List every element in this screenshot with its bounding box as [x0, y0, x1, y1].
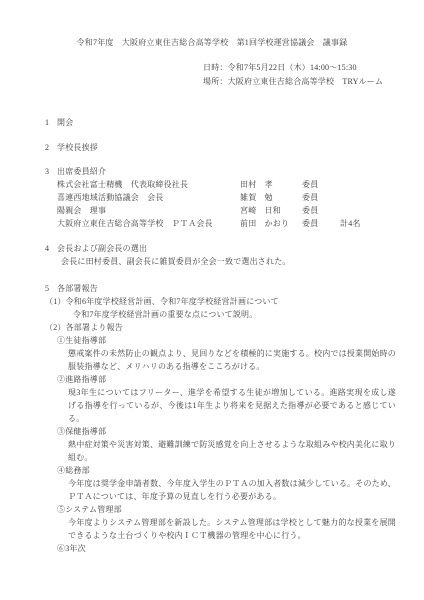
member-title: 委員	[302, 191, 340, 204]
member-note	[340, 178, 396, 191]
document-body: 1 開会 2 学校長挨拶 3 出席委員紹介 株式会社富士精機 代表取締役社長 田…	[45, 116, 396, 555]
agenda-item-principal-greeting: 2 学校長挨拶	[45, 141, 396, 154]
department-body: 今年度は奨学金申請者数、今年度入学生のＰＴＡの加入者数は減少している。そのため、…	[68, 477, 396, 503]
agenda-number: 4	[45, 242, 57, 255]
department-body: 今年度よりシステム管理部を新設した。システム管理部は学校として魅力的な授業を展開…	[68, 516, 396, 542]
department-report-general-affairs: ④総務部 今年度は奨学金申請者数、今年度入学生のＰＴＡの加入者数は減少している。…	[45, 464, 396, 503]
member-note	[340, 204, 396, 217]
member-name: 雑賀 勉	[240, 191, 302, 204]
agenda-label: 会長および副会長の選出	[57, 242, 147, 255]
member-title: 委員	[302, 217, 340, 230]
report-item-2-label: （2）各部署より報告	[45, 321, 396, 334]
member-role: 株式会社富士精機 代表取締役社長	[57, 178, 240, 191]
department-report-student-guidance: ①生徒指導部 懲戒案件の未然防止の観点より、見回りなどを積極的に実施する。校内で…	[45, 334, 396, 373]
meta-datetime: 日時：令和7年5月22日（木）14:00～15:30	[203, 61, 424, 75]
member-role: 陽親会 理事	[57, 204, 240, 217]
department-heading: ⑥3年次	[57, 542, 396, 555]
department-report-health-guidance: ③保健指導部 熱中症対策や災害対策、避難訓練で防災感覚を向上させるような取組みや…	[45, 425, 396, 464]
agenda-label: 開会	[57, 116, 73, 129]
chair-election-result: 会長に田村委員、副会長に雑賀委員が全会一致で選出された。	[61, 255, 396, 268]
department-report-career-guidance: ②進路指導部 現3年生についてはフリーター、進学を希望する生徒が増加している。進…	[45, 373, 396, 425]
member-row: 大阪府立東住吉総合高等学校 ＰＴＡ会長 前田 かおり 委員 計4名	[57, 217, 396, 230]
department-body: 熱中症対策や災害対策、避難訓練で防災感覚を向上させるような取組みや校内美化に取り…	[68, 438, 396, 464]
department-heading: ③保健指導部	[57, 425, 396, 438]
member-title: 委員	[302, 178, 340, 191]
page-title: 令和7年度 大阪府立東住吉総合高等学校 第1回学校運営協議会 議事録	[0, 36, 424, 49]
agenda-item-department-reports: 5 各部署報告	[45, 282, 396, 295]
agenda-label: 学校長挨拶	[57, 141, 98, 154]
department-heading: ②進路指導部	[57, 373, 396, 386]
agenda-label: 出席委員紹介	[57, 165, 106, 178]
department-heading: ①生徒指導部	[57, 334, 396, 347]
meta-block: 日時：令和7年5月22日（木）14:00～15:30 場所：大阪府立東住吉総合高…	[203, 61, 424, 89]
agenda-number: 5	[45, 282, 57, 295]
member-row: 喜連西地域活動協議会 会長 雑賀 勉 委員	[57, 191, 396, 204]
agenda-item-opening: 1 開会	[45, 116, 396, 129]
member-name: 宮崎 日和	[240, 204, 302, 217]
department-report-third-year: ⑥3年次	[45, 542, 396, 555]
member-row: 株式会社富士精機 代表取締役社長 田村 孝 委員	[57, 178, 396, 191]
document-page: 令和7年度 大阪府立東住吉総合高等学校 第1回学校運営協議会 議事録 日時：令和…	[0, 0, 424, 600]
department-heading: ⑤システム管理部	[57, 503, 396, 516]
department-heading: ④総務部	[57, 464, 396, 477]
agenda-label: 各部署報告	[57, 282, 98, 295]
member-row: 陽親会 理事 宮崎 日和 委員	[57, 204, 396, 217]
member-name: 田村 孝	[240, 178, 302, 191]
department-body: 懲戒案件の未然防止の観点より、見回りなどを積極的に実施する。校内では授業開始時の…	[68, 347, 396, 373]
report-item-1-body: 令和7年度学校経営計画の重要な点について説明。	[73, 308, 396, 321]
member-role: 喜連西地域活動協議会 会長	[57, 191, 240, 204]
meta-location: 場所：大阪府立東住吉総合高等学校 TRYルーム	[203, 75, 424, 89]
member-total: 計4名	[340, 217, 396, 230]
report-item-1-label: （1）令和6年度学校経営計画、令和7年度学校経営計画について	[45, 295, 396, 308]
member-title: 委員	[302, 204, 340, 217]
member-note	[340, 191, 396, 204]
member-name: 前田 かおり	[240, 217, 302, 230]
member-role: 大阪府立東住吉総合高等学校 ＰＴＡ会長	[57, 217, 240, 230]
agenda-item-member-introduction: 3 出席委員紹介	[45, 165, 396, 178]
agenda-number: 3	[45, 165, 57, 178]
department-body: 現3年生についてはフリーター、進学を希望する生徒が増加している。進路実現を成し遂…	[68, 386, 396, 425]
agenda-number: 1	[45, 116, 57, 129]
agenda-item-chair-election: 4 会長および副会長の選出	[45, 242, 396, 255]
department-report-system-management: ⑤システム管理部 今年度よりシステム管理部を新設した。システム管理部は学校として…	[45, 503, 396, 542]
agenda-number: 2	[45, 141, 57, 154]
